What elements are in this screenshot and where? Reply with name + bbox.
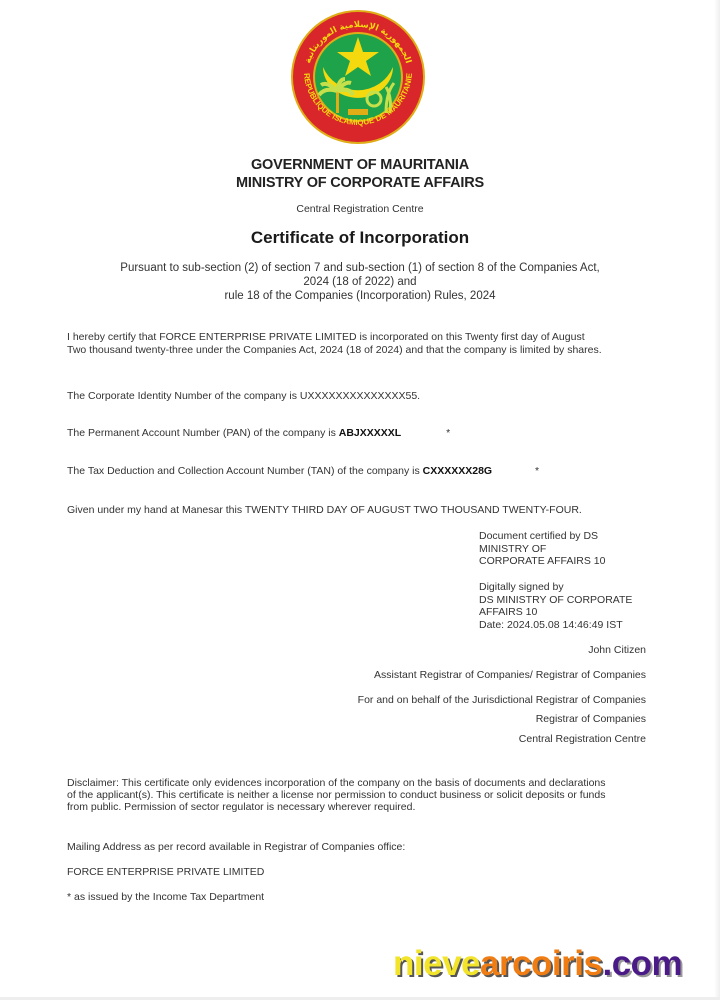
certify-line-1: I hereby certify that FORCE ENTERPRISE P… (67, 331, 602, 344)
pursuant-line-2: 2024 (18 of 2022) and (0, 275, 720, 289)
certified-line-3: CORPORATE AFFAIRS 10 (479, 555, 605, 568)
disclaimer-line-2: of the applicant(s). This certificate is… (67, 789, 606, 801)
watermark-part-1: nieve (393, 944, 480, 983)
signature-date: Date: 2024.05.08 14:46:49 IST (479, 619, 632, 632)
government-heading: GOVERNMENT OF MAURITANIA (0, 157, 720, 173)
pursuant-line-1: Pursuant to sub-section (2) of section 7… (0, 261, 720, 275)
pan-value: ABJXXXXXL (339, 427, 401, 439)
pan-prefix: The Permanent Account Number (PAN) of th… (67, 427, 339, 439)
certified-line-1: Document certified by DS (479, 530, 605, 543)
tan-value: CXXXXXX28G (423, 465, 492, 477)
signed-line-1: Digitally signed by (479, 581, 632, 594)
disclaimer: Disclaimer: This certificate only eviden… (67, 777, 606, 813)
tan-footnote-marker: * (535, 465, 539, 478)
watermark-part-3: .com (602, 944, 682, 983)
digital-signature-block: Digitally signed by DS MINISTRY OF CORPO… (479, 581, 632, 631)
tan-prefix: The Tax Deduction and Collection Account… (67, 465, 423, 477)
cin-statement: The Corporate Identity Number of the com… (67, 390, 420, 403)
signatory-designation: Assistant Registrar of Companies/ Regist… (374, 669, 646, 681)
certify-line-2: Two thousand twenty-three under the Comp… (67, 344, 602, 357)
certified-line-2: MINISTRY OF (479, 543, 605, 556)
ministry-heading: MINISTRY OF CORPORATE AFFAIRS (0, 175, 720, 191)
pan-footnote-marker: * (446, 427, 450, 440)
pursuant-statement: Pursuant to sub-section (2) of section 7… (0, 261, 720, 303)
signatory-centre: Central Registration Centre (519, 733, 646, 745)
pursuant-line-3: rule 18 of the Companies (Incorporation)… (0, 289, 720, 303)
signatory-name: John Citizen (588, 644, 646, 656)
registration-centre-subheading: Central Registration Centre (0, 203, 720, 215)
signatory-behalf: For and on behalf of the Jurisdictional … (358, 694, 646, 706)
signed-line-3: AFFAIRS 10 (479, 606, 632, 619)
certify-paragraph: I hereby certify that FORCE ENTERPRISE P… (67, 331, 602, 357)
mailing-address-company: FORCE ENTERPRISE PRIVATE LIMITED (67, 866, 264, 879)
mailing-address-label: Mailing Address as per record available … (67, 841, 405, 854)
footnote: * as issued by the Income Tax Department (67, 891, 264, 904)
given-under-hand-statement: Given under my hand at Manesar this TWEN… (67, 504, 582, 517)
disclaimer-line-1: Disclaimer: This certificate only eviden… (67, 777, 606, 789)
mauritania-seal-emblem: الجمهورية الإسلامية الموريتانية REPUBLIQ… (290, 9, 426, 145)
tan-statement: The Tax Deduction and Collection Account… (67, 465, 539, 478)
document-certified-block: Document certified by DS MINISTRY OF COR… (479, 530, 605, 568)
watermark-part-2: arcoiris (480, 944, 602, 983)
signed-line-2: DS MINISTRY OF CORPORATE (479, 594, 632, 607)
certificate-title: Certificate of Incorporation (0, 228, 720, 248)
signatory-office: Registrar of Companies (536, 713, 646, 725)
page-edge (714, 0, 720, 1000)
pan-statement: The Permanent Account Number (PAN) of th… (67, 427, 450, 440)
watermark-logo: nievearcoiris.com (393, 944, 682, 984)
disclaimer-line-3: from public. Permission of sector regula… (67, 801, 606, 813)
